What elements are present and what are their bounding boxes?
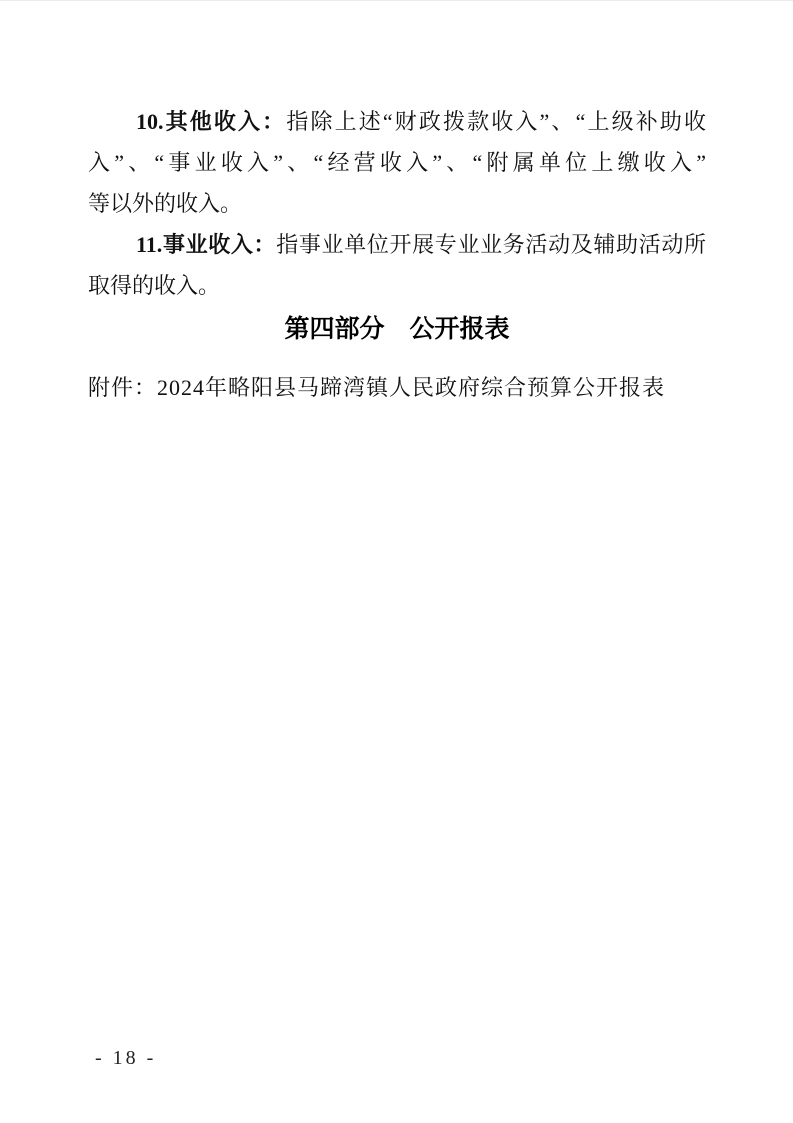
para10-line-1: 10.其他收入：指除上述“财政拨款收入”、“上级补助收 [88,101,706,142]
page-number: - 18 - [95,1045,156,1071]
para10-term-label: 10.其他收入： [136,109,286,134]
para11-term-label: 11.事业收入： [136,232,276,257]
para11-line-1-text: 指事业单位开展专业业务活动及辅助活动所 [276,232,706,257]
para11-line-2: 取得的收入。 [88,265,706,306]
document-page: 10.其他收入：指除上述“财政拨款收入”、“上级补助收 入”、“事业收入”、“经… [0,0,793,1123]
para10-line-2: 入”、“事业收入”、“经营收入”、“附属单位上缴收入” [88,142,706,183]
para11-line-1: 11.事业收入：指事业单位开展专业业务活动及辅助活动所 [88,224,706,265]
section-heading: 第四部分 公开报表 [88,315,706,345]
para10-line-1-text: 指除上述“财政拨款收入”、“上级补助收 [286,109,706,134]
definitions-section: 10.其他收入：指除上述“财政拨款收入”、“上级补助收 入”、“事业收入”、“经… [88,101,706,306]
attachment-line: 附件：2024年略阳县马蹄湾镇人民政府综合预算公开报表 [88,373,748,403]
para10-line-3: 等以外的收入。 [88,183,706,224]
